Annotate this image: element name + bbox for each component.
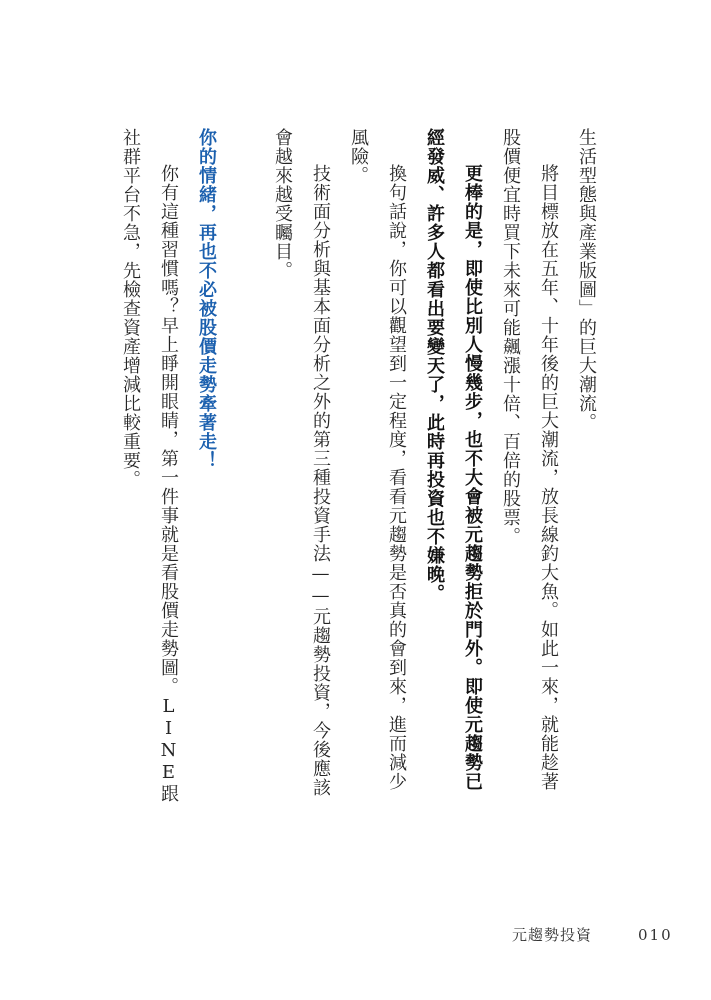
page-number: 010 — [638, 926, 673, 944]
page-footer: 元趨勢投資 010 — [512, 924, 673, 945]
paragraph: 將目標放在五年、十年後的巨大潮流，放長線釣大魚。如此一來，就能趁著股價便宜時買下… — [491, 128, 567, 804]
section-heading: 你的情緒，再也不必被股價走勢牽著走！ — [187, 128, 225, 804]
paragraph: 你有這種習慣嗎？早上睜開眼睛，第一件事就是看股價走勢圖。LINE跟社群平台不急，… — [111, 128, 187, 804]
paragraph: 技術面分析與基本面分析之外的第三種投資手法——元趨勢投資，今後應該會越來越受矚目… — [263, 128, 339, 804]
paragraph: 更棒的是，即使比別人慢幾步，也不大會被元趨勢拒於門外。即使元趨勢已經發威、許多人… — [415, 128, 491, 804]
book-page: 生活型態與產業版圖」的巨大潮流。將目標放在五年、十年後的巨大潮流，放長線釣大魚。… — [0, 0, 711, 1000]
vertical-text-block: 生活型態與產業版圖」的巨大潮流。將目標放在五年、十年後的巨大潮流，放長線釣大魚。… — [105, 128, 605, 804]
paragraph: 換句話說，你可以觀望到一定程度，看看元趨勢是否真的會到來，進而減少風險。 — [339, 128, 415, 804]
running-title: 元趨勢投資 — [512, 924, 592, 945]
paragraph: 生活型態與產業版圖」的巨大潮流。 — [567, 128, 605, 804]
